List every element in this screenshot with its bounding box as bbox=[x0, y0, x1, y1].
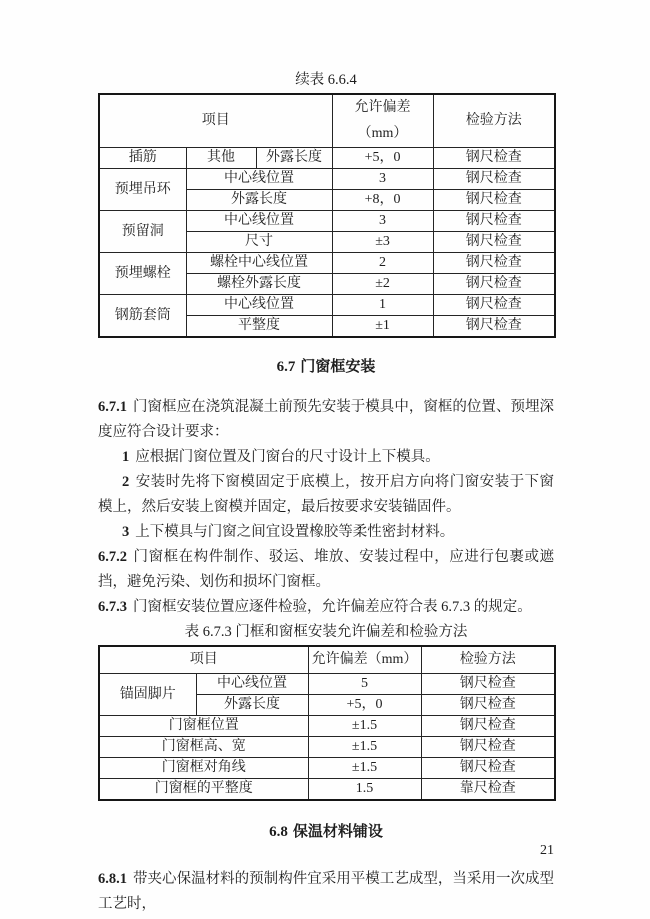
table-header-row: 项目 允许偏差（mm） 检验方法 bbox=[99, 94, 555, 148]
table-cell: 1 bbox=[332, 295, 433, 316]
table-664-continued: 项目 允许偏差（mm） 检验方法 插筋 其他 外露长度 +5，0 钢尺检查 预埋… bbox=[98, 93, 556, 338]
table-row: 预留洞 中心线位置 3 钢尺检查 bbox=[99, 211, 555, 232]
table-cell: 预埋螺栓 bbox=[99, 253, 186, 295]
table-cell: 钢尺检查 bbox=[421, 737, 555, 758]
table-cell: ±1.5 bbox=[308, 737, 421, 758]
table-cell: 钢尺检查 bbox=[433, 274, 555, 295]
table-cell: 钢尺检查 bbox=[433, 316, 555, 338]
table-cell: 钢尺检查 bbox=[421, 695, 555, 716]
document-page: 续表 6.6.4 项目 允许偏差（mm） 检验方法 插筋 其他 外露长度 +5，… bbox=[0, 0, 650, 919]
item-number: 2 bbox=[122, 474, 129, 490]
clause-text: 门窗框安装位置应逐件检验，允许偏差应符合表 6.7.3 的规定。 bbox=[133, 599, 532, 615]
table-cell: 钢尺检查 bbox=[433, 232, 555, 253]
clause-text: 门窗框应在浇筑混凝土前预先安装于模具中，窗框的位置、预埋深度应符合设计要求： bbox=[98, 399, 554, 440]
table-cell: 门窗框高、宽 bbox=[99, 737, 308, 758]
clause-671: 6.7.1门窗框应在浇筑混凝土前预先安装于模具中，窗框的位置、预埋深度应符合设计… bbox=[98, 395, 554, 445]
table-cell: ±2 bbox=[332, 274, 433, 295]
table-cell: 中心线位置 bbox=[186, 295, 332, 316]
clause-number: 6.7.2 bbox=[98, 549, 127, 565]
table-cell: 钢尺检查 bbox=[433, 169, 555, 190]
table-cell: 预埋吊环 bbox=[99, 169, 186, 211]
table-cell: 外露长度 bbox=[196, 695, 308, 716]
header-cell-item: 项目 bbox=[99, 94, 332, 148]
table-row: 预埋吊环 中心线位置 3 钢尺检查 bbox=[99, 169, 555, 190]
table-row: 预埋螺栓 螺栓中心线位置 2 钢尺检查 bbox=[99, 253, 555, 274]
table-cell: 1.5 bbox=[308, 779, 421, 801]
table-cell: 中心线位置 bbox=[186, 211, 332, 232]
table-cell: 螺栓中心线位置 bbox=[186, 253, 332, 274]
table-673: 项目 允许偏差（mm） 检验方法 锚固脚片 中心线位置 5 钢尺检查 外露长度 … bbox=[98, 645, 556, 801]
table-cell: 钢筋套筒 bbox=[99, 295, 186, 338]
table-cell: 钢尺检查 bbox=[433, 253, 555, 274]
table-cell: 门窗框对角线 bbox=[99, 758, 308, 779]
clause-671-item-1: 1应根据门窗位置及门窗台的尺寸设计上下模具。 bbox=[98, 445, 554, 470]
table-cell: 尺寸 bbox=[186, 232, 332, 253]
table-header-row: 项目 允许偏差（mm） 检验方法 bbox=[99, 646, 555, 674]
page-content: 续表 6.6.4 项目 允许偏差（mm） 检验方法 插筋 其他 外露长度 +5，… bbox=[98, 70, 554, 917]
table-cell: 钢尺检查 bbox=[421, 716, 555, 737]
table-cell: 插筋 bbox=[99, 148, 186, 169]
table-cell: +8，0 bbox=[332, 190, 433, 211]
item-text: 应根据门窗位置及门窗台的尺寸设计上下模具。 bbox=[135, 449, 440, 465]
table-cell: 3 bbox=[332, 169, 433, 190]
clause-text: 门窗框在构件制作、驳运、堆放、安装过程中，应进行包裹或遮挡，避免污染、划伤和损坏… bbox=[98, 549, 554, 590]
table-cell: 中心线位置 bbox=[186, 169, 332, 190]
table-cell: 2 bbox=[332, 253, 433, 274]
header-cell-method: 检验方法 bbox=[421, 646, 555, 674]
table-cell: 钢尺检查 bbox=[433, 295, 555, 316]
table-cell: 门窗框位置 bbox=[99, 716, 308, 737]
table-cell: 螺栓外露长度 bbox=[186, 274, 332, 295]
table-673-caption: 表 6.7.3 门框和窗框安装允许偏差和检验方法 bbox=[98, 622, 554, 642]
table-cell: 预留洞 bbox=[99, 211, 186, 253]
item-text: 安装时先将下窗模固定于底模上，按开启方向将门窗安装于下窗模上，然后安装上窗模并固… bbox=[98, 474, 554, 515]
table-cell: 钢尺检查 bbox=[421, 674, 555, 695]
table-cell: 3 bbox=[332, 211, 433, 232]
section-number: 6.7 bbox=[277, 359, 296, 375]
page-number: 21 bbox=[98, 843, 554, 859]
section-67-heading: 6.7门窗框安装 bbox=[98, 356, 554, 378]
clause-671-item-3: 3上下模具与门窗之间宜设置橡胶等柔性密封材料。 bbox=[98, 520, 554, 545]
table-cell: ±1.5 bbox=[308, 716, 421, 737]
clause-number: 6.7.1 bbox=[98, 399, 127, 415]
table-cell: 平整度 bbox=[186, 316, 332, 338]
table-cell: 其他 bbox=[186, 148, 256, 169]
table-row: 门窗框对角线 ±1.5 钢尺检查 bbox=[99, 758, 555, 779]
header-cell-item: 项目 bbox=[99, 646, 308, 674]
table-cell: 5 bbox=[308, 674, 421, 695]
table-row: 钢筋套筒 中心线位置 1 钢尺检查 bbox=[99, 295, 555, 316]
table-cell: 钢尺检查 bbox=[433, 148, 555, 169]
clause-text: 带夹心保温材料的预制构件宜采用平模工艺成型，当采用一次成型工艺时， bbox=[98, 871, 554, 912]
table-cell: 靠尺检查 bbox=[421, 779, 555, 801]
table-cell: 中心线位置 bbox=[196, 674, 308, 695]
header-cell-method: 检验方法 bbox=[433, 94, 555, 148]
table-cell: 钢尺检查 bbox=[433, 190, 555, 211]
clause-number: 6.8.1 bbox=[98, 871, 127, 887]
section-number: 6.8 bbox=[269, 824, 288, 840]
section-68-heading: 6.8保温材料铺设 bbox=[98, 821, 554, 843]
table-cell: 钢尺检查 bbox=[421, 758, 555, 779]
item-text: 上下模具与门窗之间宜设置橡胶等柔性密封材料。 bbox=[135, 524, 454, 540]
header-cell-deviation: 允许偏差（mm） bbox=[308, 646, 421, 674]
clause-number: 6.7.3 bbox=[98, 599, 127, 615]
table-cell: ±1.5 bbox=[308, 758, 421, 779]
table-664-caption: 续表 6.6.4 bbox=[98, 70, 554, 90]
table-cell: 锚固脚片 bbox=[99, 674, 196, 716]
section-title: 门窗框安装 bbox=[300, 358, 375, 375]
table-row: 锚固脚片 中心线位置 5 钢尺检查 bbox=[99, 674, 555, 695]
table-row: 门窗框的平整度 1.5 靠尺检查 bbox=[99, 779, 555, 801]
table-cell: +5，0 bbox=[332, 148, 433, 169]
table-cell: 钢尺检查 bbox=[433, 211, 555, 232]
section-title: 保温材料铺设 bbox=[293, 823, 383, 840]
table-cell: 门窗框的平整度 bbox=[99, 779, 308, 801]
item-number: 3 bbox=[122, 524, 129, 540]
table-row: 门窗框位置 ±1.5 钢尺检查 bbox=[99, 716, 555, 737]
clause-671-item-2: 2安装时先将下窗模固定于底模上，按开启方向将门窗安装于下窗模上，然后安装上窗模并… bbox=[98, 470, 554, 520]
header-cell-deviation: 允许偏差（mm） bbox=[332, 94, 433, 148]
table-cell: ±1 bbox=[332, 316, 433, 338]
table-cell: 外露长度 bbox=[256, 148, 332, 169]
table-row: 插筋 其他 外露长度 +5，0 钢尺检查 bbox=[99, 148, 555, 169]
table-cell: 外露长度 bbox=[186, 190, 332, 211]
item-number: 1 bbox=[122, 449, 129, 465]
table-cell: ±3 bbox=[332, 232, 433, 253]
clause-673: 6.7.3门窗框安装位置应逐件检验，允许偏差应符合表 6.7.3 的规定。 bbox=[98, 595, 554, 620]
table-cell: +5，0 bbox=[308, 695, 421, 716]
table-row: 门窗框高、宽 ±1.5 钢尺检查 bbox=[99, 737, 555, 758]
clause-681: 6.8.1带夹心保温材料的预制构件宜采用平模工艺成型，当采用一次成型工艺时， bbox=[98, 867, 554, 917]
clause-672: 6.7.2门窗框在构件制作、驳运、堆放、安装过程中，应进行包裹或遮挡，避免污染、… bbox=[98, 545, 554, 595]
